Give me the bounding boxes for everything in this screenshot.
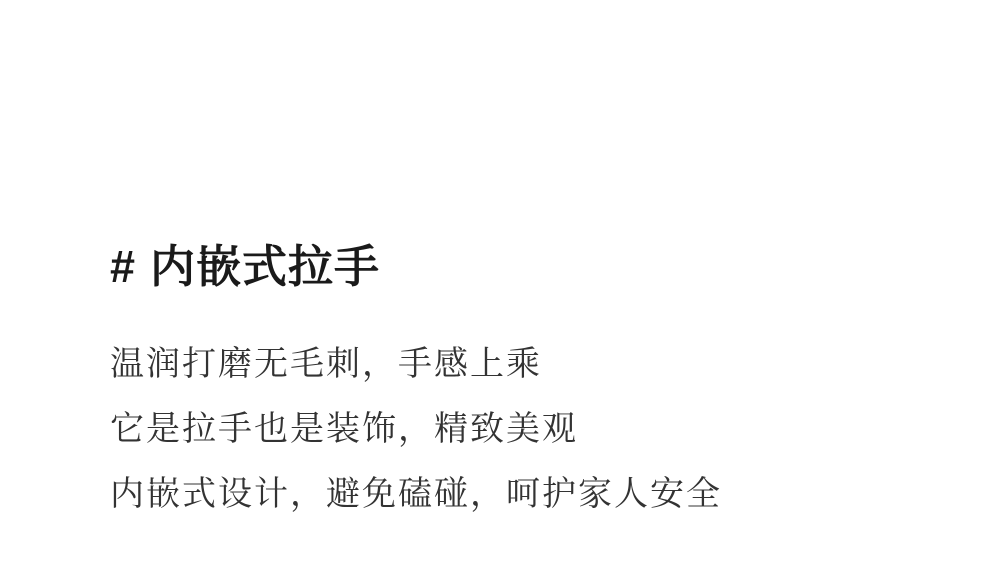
hash-prefix: # [110, 240, 136, 294]
description-line-2: 它是拉手也是装饰，精致美观 [110, 397, 960, 462]
section-content: #内嵌式拉手 温润打磨无毛刺，手感上乘 它是拉手也是装饰，精致美观 内嵌式设计，… [110, 240, 960, 527]
section-heading: #内嵌式拉手 [110, 240, 960, 294]
description-line-3: 内嵌式设计，避免磕碰，呵护家人安全 [110, 462, 960, 527]
product-detail-section: #内嵌式拉手 温润打磨无毛刺，手感上乘 它是拉手也是装饰，精致美观 内嵌式设计，… [0, 0, 1000, 580]
section-description: 温润打磨无毛刺，手感上乘 它是拉手也是装饰，精致美观 内嵌式设计，避免磕碰，呵护… [110, 332, 960, 527]
description-line-1: 温润打磨无毛刺，手感上乘 [110, 332, 960, 397]
section-title: 内嵌式拉手 [150, 241, 380, 292]
